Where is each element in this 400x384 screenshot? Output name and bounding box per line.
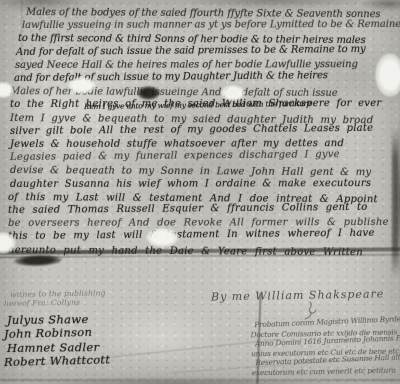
will-line: Legasies paied & my funerall expences di…: [10, 148, 400, 165]
bottom-edge-crease: [0, 379, 400, 381]
probate-line: executorum etc cum venerit etc petitura: [252, 365, 400, 377]
will-line: hereunto put my hand the Daie & Yeare fi…: [8, 244, 400, 260]
witness-block: witnes to the publishing hereof Fra: Col…: [4, 290, 174, 369]
testator-signature: By me William Shakspeare: [211, 287, 384, 303]
will-line: lawfullie yssueing in such manner as yt …: [22, 18, 400, 32]
will-line: and for defalt of such issue to my Daugh…: [14, 69, 400, 86]
will-line: And for defalt of such issue the said pr…: [16, 42, 400, 59]
will-line: daughter Susanna his wief whom I ordaine…: [10, 177, 400, 191]
witness-signature: John Robinson: [4, 323, 174, 341]
will-line: silver gilt bole All the rest of my good…: [10, 121, 400, 138]
attestation-line: hereof Fra: Collyns: [4, 296, 174, 308]
manuscript-page: Males of the bodyes of the saied ffourth…: [0, 0, 400, 384]
attestation-lines: witnes to the publishing hereof Fra: Col…: [4, 290, 174, 308]
will-line: this to be my last will & testament In w…: [8, 227, 400, 244]
probate-clause: Probatum coram Magistro Willimo Byrde Le…: [250, 316, 400, 378]
witness-signature: Robert Whattcott: [4, 351, 174, 369]
will-body-text: Males of the bodyes of the saied ffourth…: [0, 6, 400, 257]
will-line: the saied Thomas Russell Esquier & ffrau…: [8, 201, 400, 218]
witness-signatures: Julyus Shawe John Robinson Hamnet Sadler…: [4, 313, 174, 369]
